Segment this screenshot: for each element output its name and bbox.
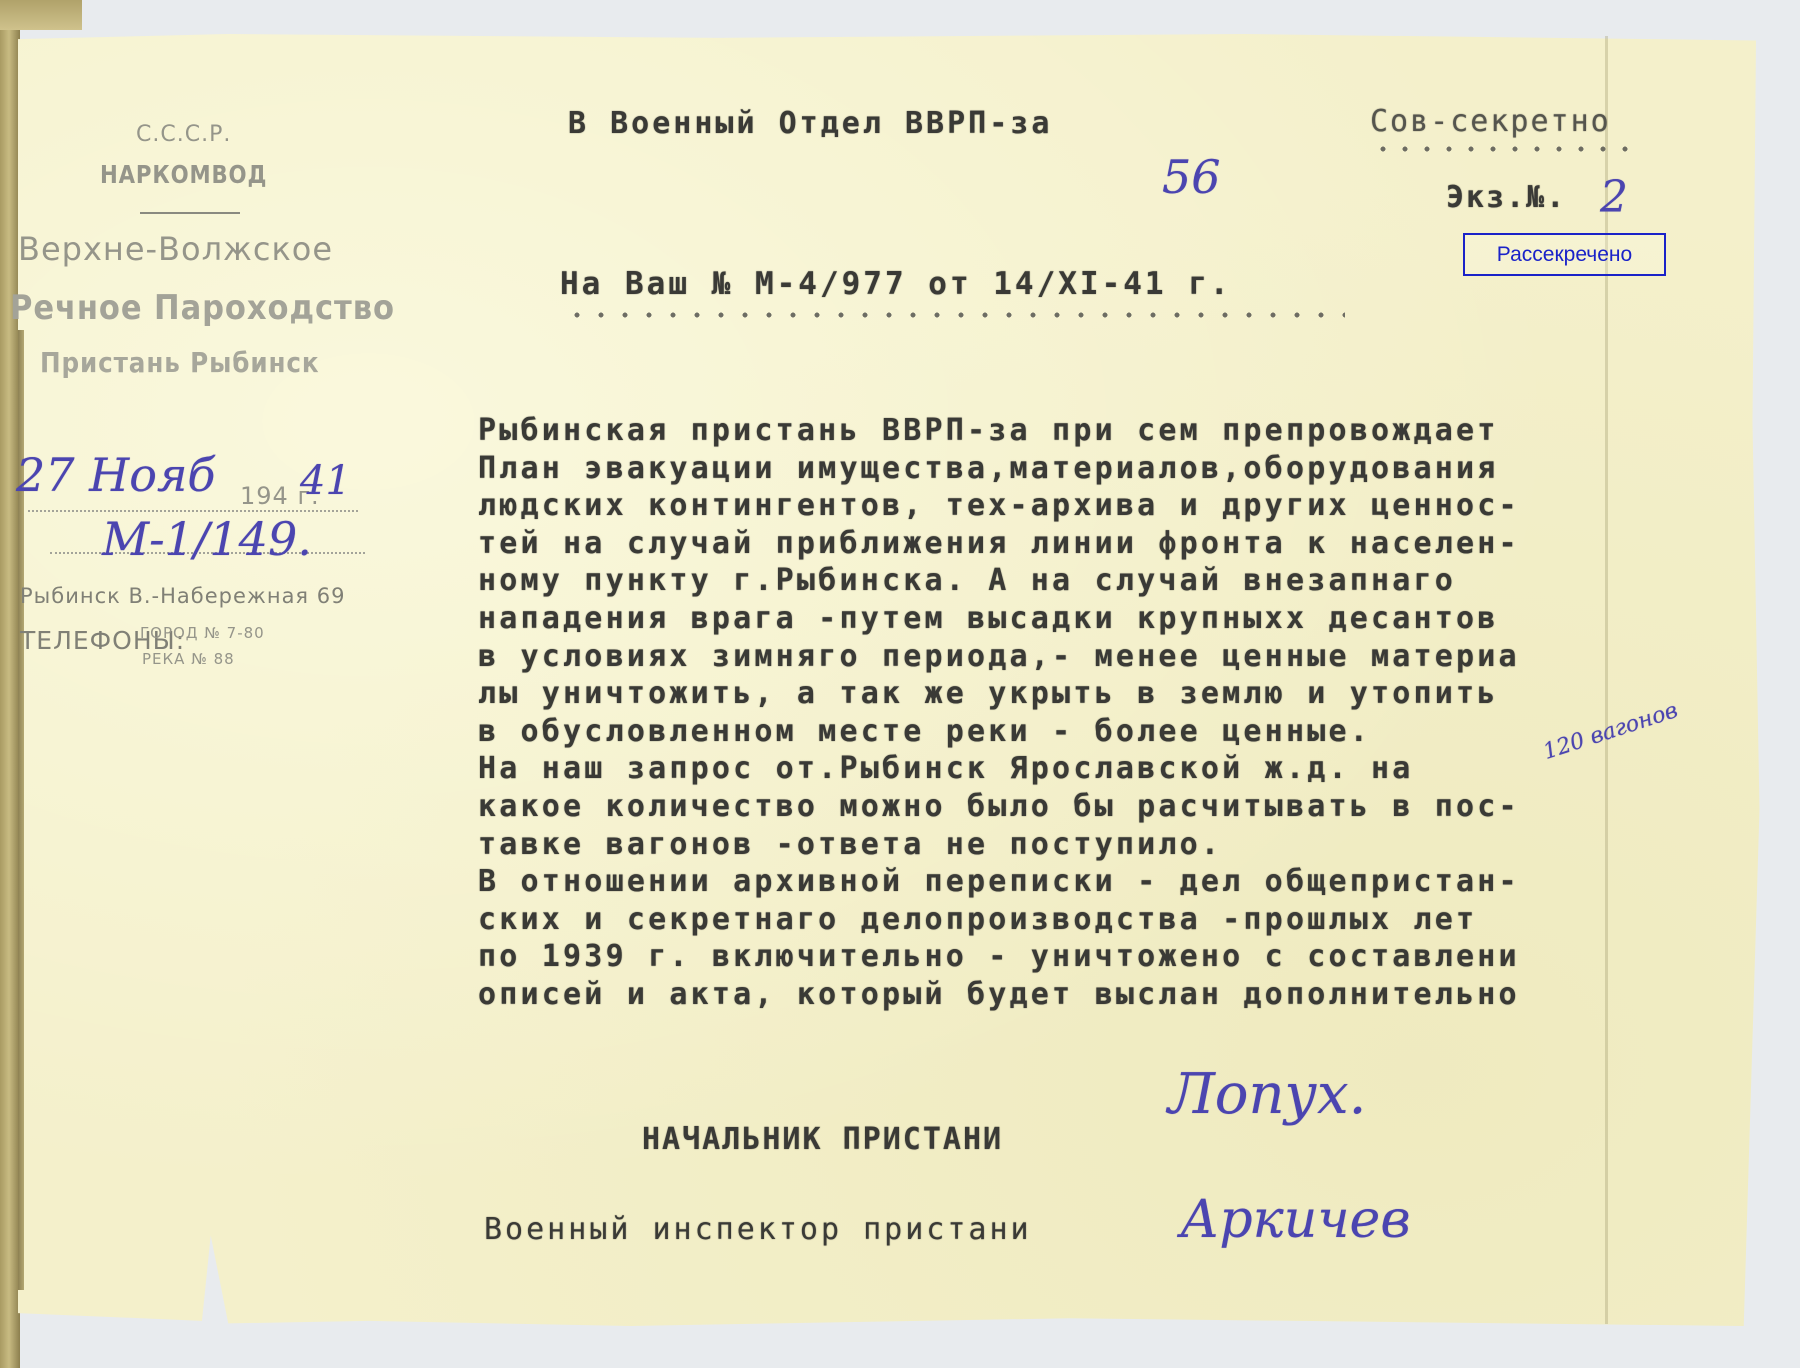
stamp-country: С.С.С.Р.	[136, 122, 231, 147]
declassified-stamp: Рассекречено	[1463, 233, 1666, 276]
stamp-phone-city: ГОРОД № 7-80	[140, 624, 265, 642]
body-line: нападения врага -путем высадки крупныхх …	[478, 600, 1520, 638]
stamp-divider	[140, 212, 240, 214]
head-title: НАЧАЛЬНИК ПРИСТАНИ	[642, 1122, 1003, 1157]
handwritten-day: 27 Нояб	[16, 448, 216, 502]
copy-label: Экз.№.	[1446, 180, 1566, 215]
stamp-address: Рыбинск В.-Набережная 69	[20, 584, 345, 608]
classification-underline	[1372, 146, 1634, 152]
handwritten-year: 41	[300, 458, 351, 504]
handwritten-outgoing-number: М-1/149.	[102, 512, 312, 566]
addressee: В Военный Отдел ВВРП-за	[568, 106, 1052, 141]
body-line: людских контингентов, тех-архива и други…	[478, 487, 1520, 525]
inspector-signature: Аркичев	[1180, 1190, 1411, 1250]
body-line: тей на случай приближения линии фронта к…	[478, 525, 1520, 563]
body-line: в условиях зимняго периода,- менее ценны…	[478, 638, 1520, 676]
stamp-phone-river: РЕКА № 88	[142, 650, 235, 668]
body-line: тавке вагонов -ответа не поступило.	[478, 826, 1520, 864]
handwritten-copy-number: 2	[1600, 172, 1628, 223]
body-line: описей и акта, который будет выслан допо…	[478, 976, 1520, 1014]
body-line: в обусловленном месте реки - более ценны…	[478, 713, 1520, 751]
classification: Сов-секретно	[1370, 104, 1611, 139]
body-line: лы уничтожить, а так же укрыть в землю и…	[478, 675, 1520, 713]
paper-crease	[1605, 36, 1608, 1324]
body-line: по 1939 г. включительно - уничтожено с с…	[478, 938, 1520, 976]
handwritten-page-number: 56	[1162, 150, 1221, 204]
reference-line: На Ваш № М-4/977 от 14/XI-41 г.	[560, 266, 1232, 302]
binder-clip	[0, 0, 82, 30]
stamp-org-line2: Речное Пароходство	[10, 288, 395, 328]
body-line: какое количество можно было бы расчитыва…	[478, 788, 1520, 826]
stamp-ministry: НАРКОМВОД	[100, 160, 267, 189]
body-line: В отношении архивной переписки - дел общ…	[478, 863, 1520, 901]
head-signature: Лопух.	[1168, 1062, 1366, 1127]
stamp-org-line1: Верхне-Волжское	[18, 230, 333, 268]
body-line: Рыбинская пристань ВВРП-за при сем препр…	[478, 412, 1520, 450]
letter-body: Рыбинская пристань ВВРП-за при сем препр…	[478, 412, 1520, 1014]
stamp-org-line3: Пристань Рыбинск	[40, 346, 319, 379]
body-line: На наш запрос от.Рыбинск Ярославской ж.д…	[478, 750, 1520, 788]
reference-underline	[565, 312, 1345, 318]
binder-strip	[0, 0, 20, 1368]
inspector-title: Военный инспектор пристани	[484, 1212, 1032, 1247]
body-line: План эвакуации имущества,материалов,обор…	[478, 450, 1520, 488]
body-line: ному пункту г.Рыбинска. А на случай внез…	[478, 562, 1520, 600]
body-line: ских и секретнаго делопроизводства -прош…	[478, 901, 1520, 939]
